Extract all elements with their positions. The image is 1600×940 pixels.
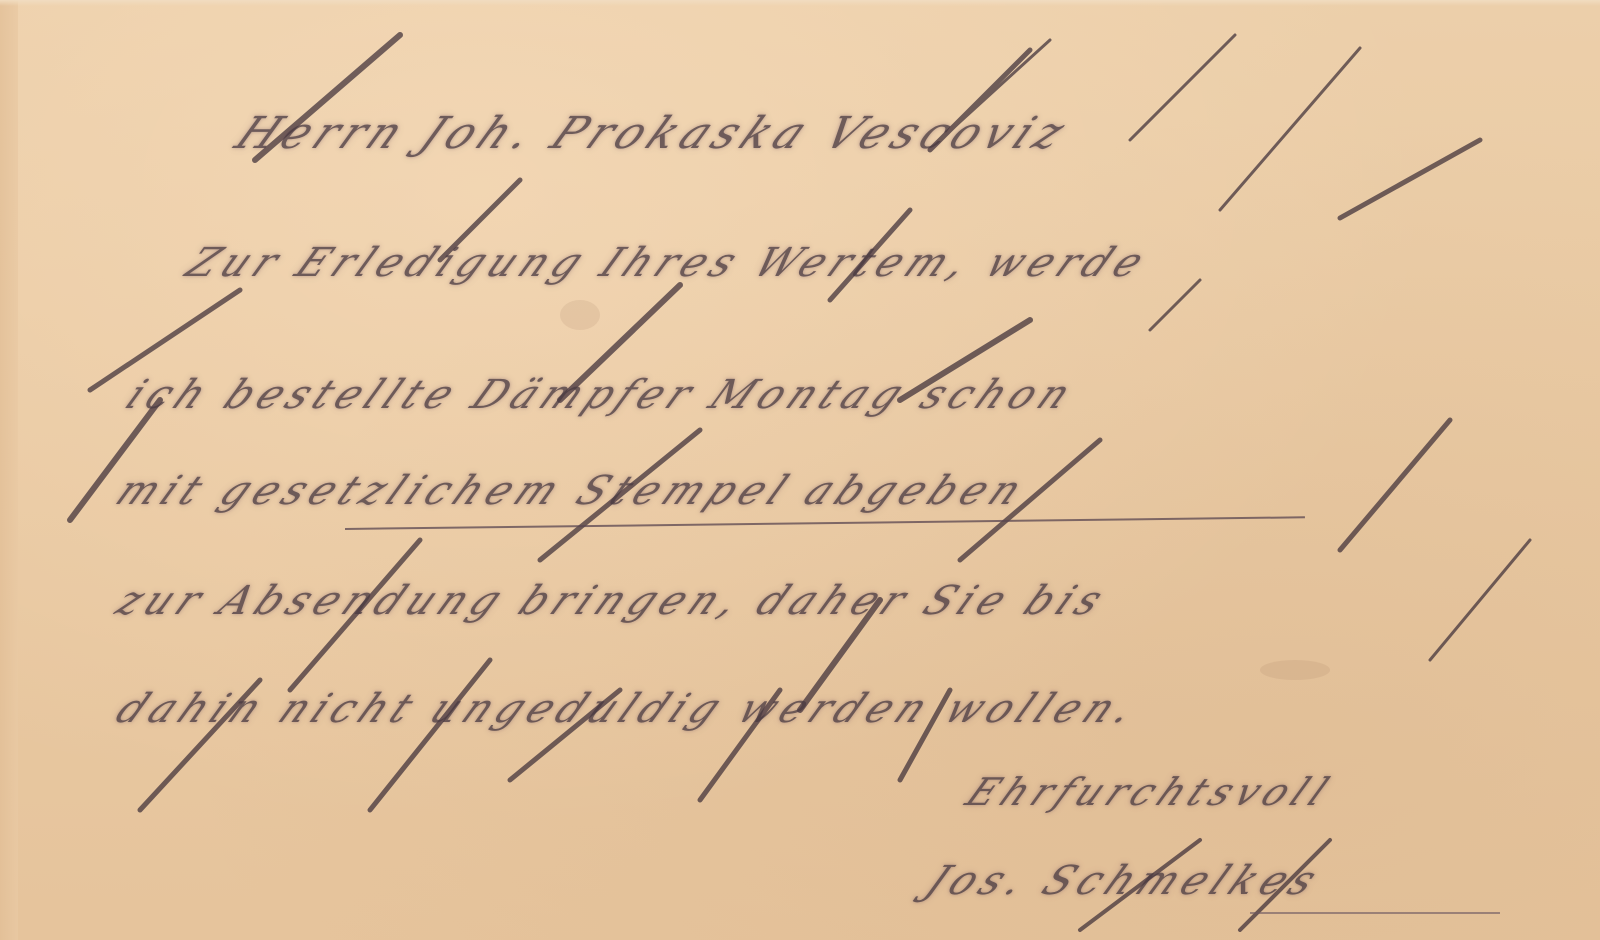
body-line-4: zur Absendung bringen, daher Sie bis bbox=[108, 578, 1117, 624]
postcard: Herrn Joh. Prokaska Vescoviz Zur Erledig… bbox=[0, 0, 1600, 940]
signature: Jos. Schmelkes bbox=[918, 858, 1331, 904]
closing-line: Ehrfurchtsvoll bbox=[958, 770, 1342, 814]
signature-flourish bbox=[1250, 912, 1500, 914]
body-line-3: mit gesetzlichem Stempel abgeben bbox=[108, 468, 1036, 514]
address-line: Herrn Joh. Prokaska Vescoviz bbox=[226, 108, 1079, 159]
body-line-5: dahin nicht ungeduldig werden wollen. bbox=[108, 686, 1149, 732]
body-line-2: ich bestellte Dämpfer Montag schon bbox=[118, 372, 1085, 418]
body-line-1: Zur Erledigung Ihres Wertem, werde bbox=[178, 240, 1158, 286]
